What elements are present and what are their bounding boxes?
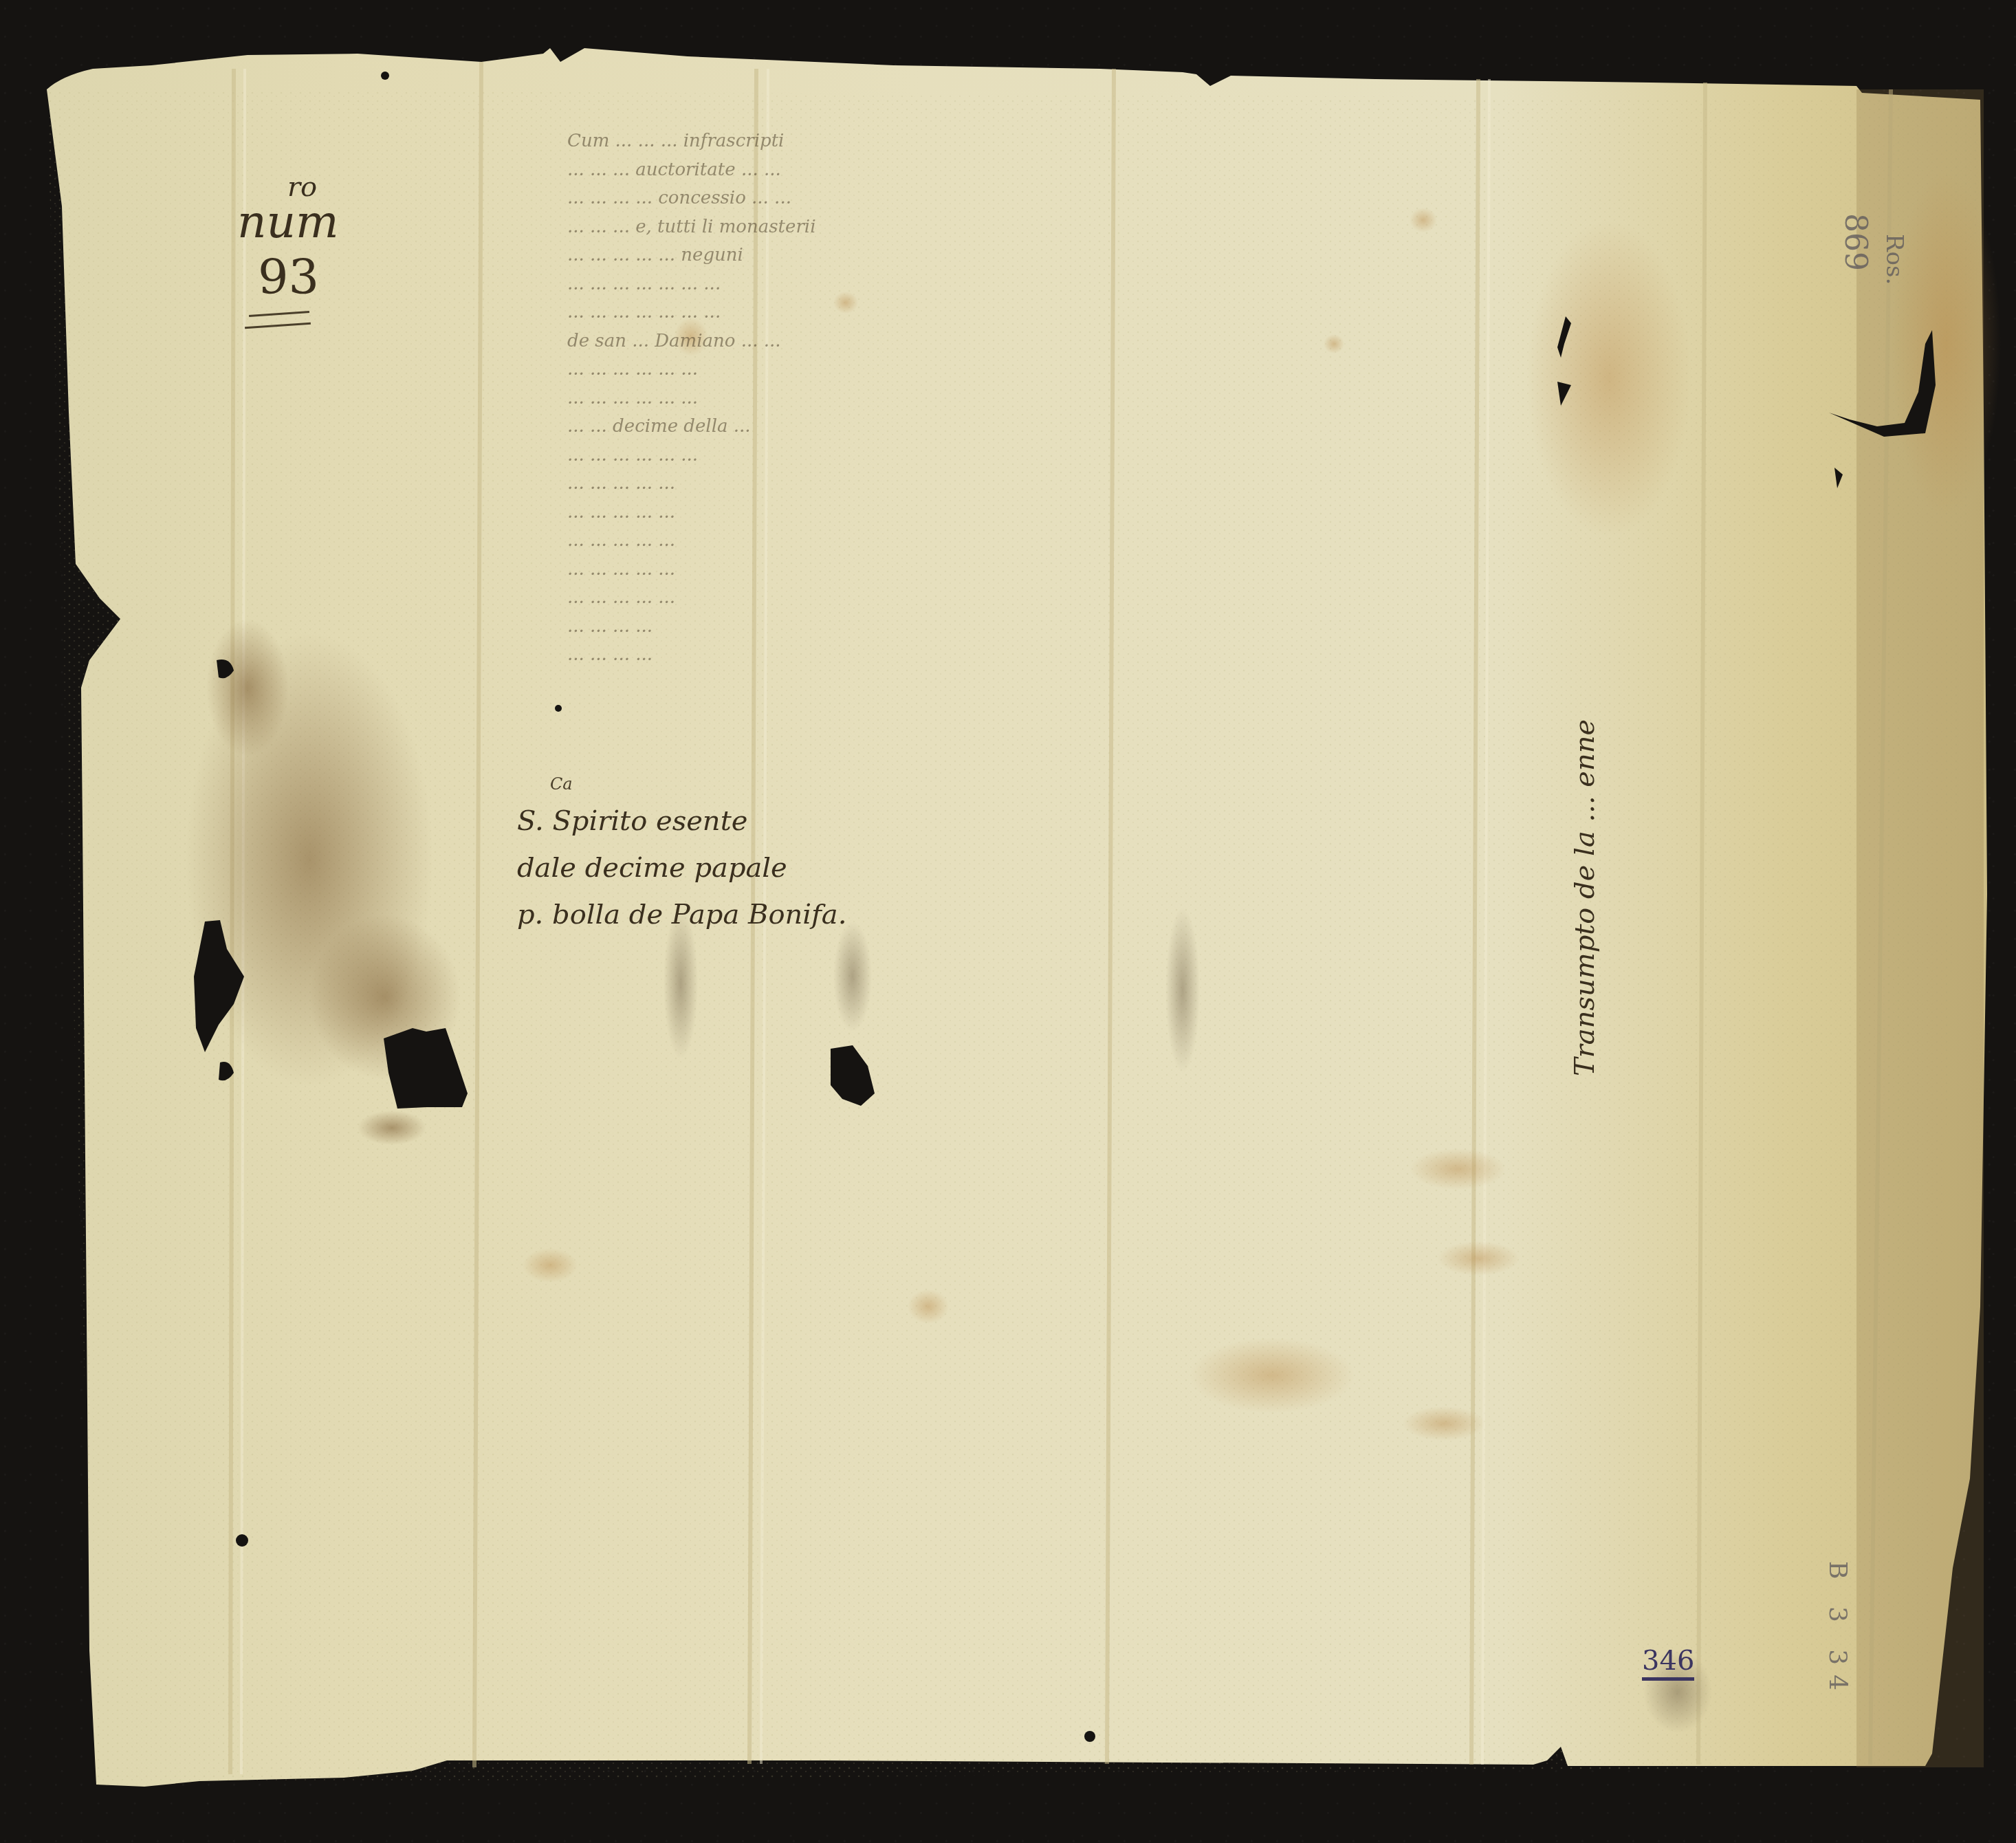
endorsement-prefix: Ca [550, 776, 573, 792]
faint-note-line: de san ... Damiano ... ... [567, 327, 815, 356]
faint-upper-note: Cum ... ... ... infrascripti ... ... ...… [567, 127, 815, 670]
shelfmark-blue: 346 [1642, 1647, 1694, 1681]
faint-note-line: ... ... ... ... concessio ... ... [567, 184, 815, 213]
faint-note-line: ... ... ... ... ... [567, 527, 815, 556]
faint-note-line: ... ... ... ... [567, 613, 815, 642]
faint-note-line: ... ... ... ... ... neguni [567, 241, 815, 270]
archive-number-label: num [237, 199, 339, 245]
shelfmark-pencil: B 3 34 [1825, 1561, 1850, 1700]
endorsement-summary: S. Spirito esente dale decime papale p. … [517, 798, 846, 938]
faint-note-line: ... ... ... ... ... [567, 499, 815, 527]
endorsement-line-3: p. bolla de Papa Bonifa. [517, 891, 846, 938]
faint-note-line: ... ... ... ... ... ... ... [567, 270, 815, 299]
faint-note-line: ... ... ... e, tutti li monasterii [567, 213, 815, 242]
endorsement-line-1: S. Spirito esente [517, 798, 846, 844]
top-right-label: Ros. [1883, 234, 1906, 285]
faint-note-line: ... ... ... ... ... ... [567, 384, 815, 413]
faint-note-line: ... ... ... ... ... ... ... [567, 298, 815, 327]
faint-note-line: ... ... ... ... [567, 641, 815, 670]
faint-note-line: ... ... ... ... ... [567, 584, 815, 613]
faint-note-line: Cum ... ... ... infrascripti [567, 127, 815, 156]
faint-note-line: ... ... ... ... ... [567, 556, 815, 585]
faint-note-line: ... ... ... ... ... ... [567, 356, 815, 384]
faint-note-line: ... ... decime della ... [567, 413, 815, 441]
faint-note-line: ... ... ... ... ... ... [567, 441, 815, 470]
faint-note-line: ... ... ... auctoritate ... ... [567, 156, 815, 185]
vertical-transumpto-note: Transumpto de la ... enne [1571, 719, 1599, 1076]
archive-number-value: 93 [258, 253, 319, 301]
faint-note-line: ... ... ... ... ... [567, 470, 815, 499]
endorsement-line-2: dale decime papale [517, 844, 846, 891]
top-right-number: 869 [1840, 213, 1870, 271]
